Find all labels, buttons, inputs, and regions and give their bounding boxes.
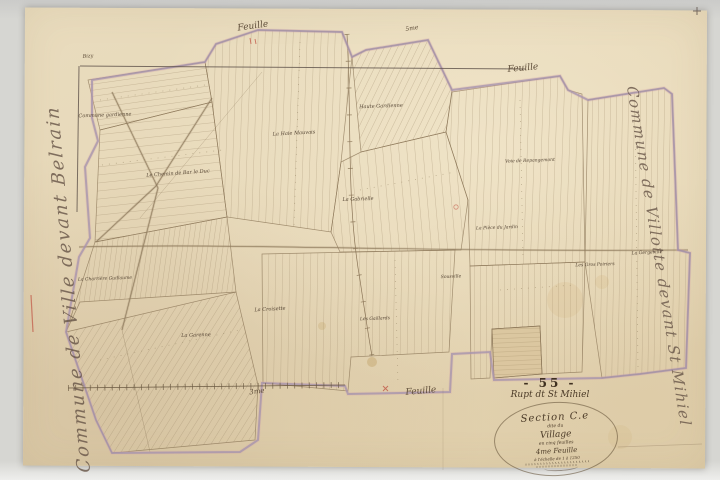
parcel-block bbox=[331, 132, 468, 252]
scanned-cadastral-map: Commune gardienneLe Chemin de Bar le Duc… bbox=[0, 0, 720, 480]
section-place-name: Village bbox=[540, 429, 572, 441]
title-cartouche: - 55 - Rupt dt St Mihiel Section C.e dit… bbox=[478, 368, 648, 478]
parcel-block bbox=[446, 76, 585, 266]
district-name: Rupt dt St Mihiel bbox=[490, 390, 610, 400]
sheet-number: - 55 - bbox=[515, 376, 585, 390]
section-title: Section C.e bbox=[520, 410, 589, 425]
section-dite: dite du bbox=[547, 423, 563, 429]
red-cross bbox=[383, 386, 388, 391]
parcel-block bbox=[205, 30, 352, 232]
parcel-block bbox=[66, 292, 258, 453]
red-edge-line bbox=[31, 295, 33, 332]
